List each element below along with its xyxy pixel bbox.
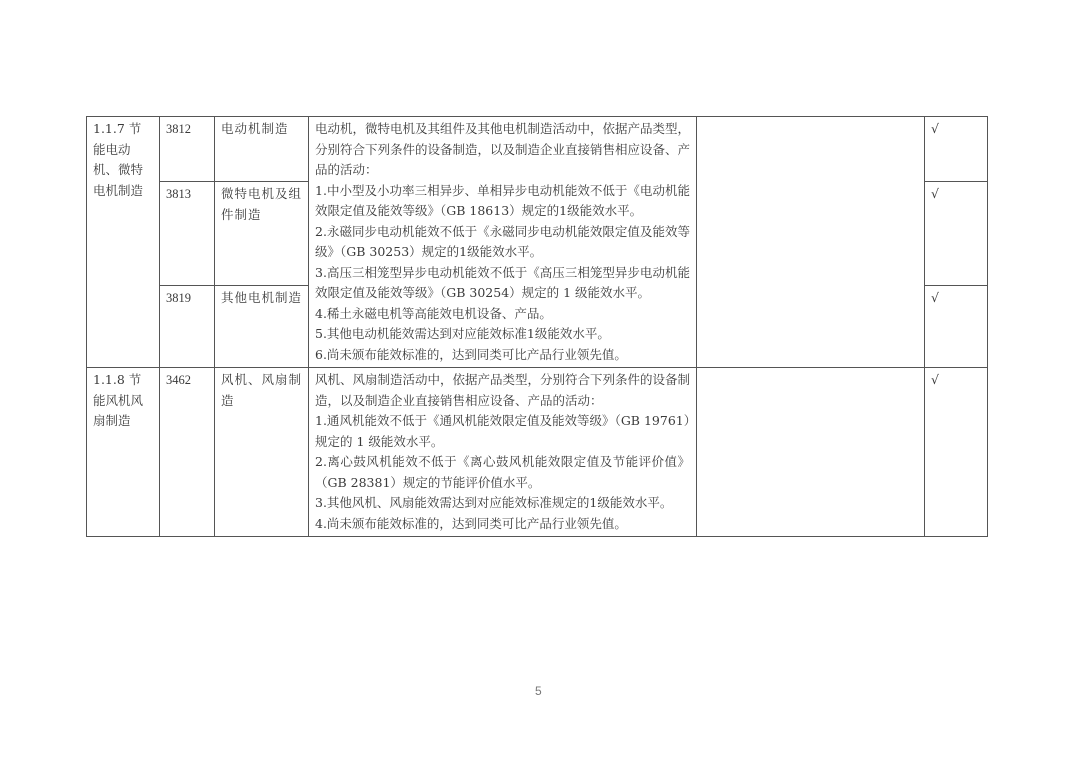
description-line: 1.中小型及小功率三相异步、单相异步电动机能效不低于《电动机能效限定值及能效等级… (315, 181, 690, 222)
code-cell: 3813 (160, 182, 215, 285)
check-mark-icon: √ (925, 368, 988, 537)
catalog-table: 1.1.7 节能电动机、微特电机制造 3812 电动机制造 电动机，微特电机及其… (86, 116, 988, 537)
page-number: 5 (535, 684, 542, 698)
notes-cell (697, 117, 925, 368)
description-line: 5.其他电动机能效需达到对应能效标准1级能效水平。 (315, 324, 690, 345)
description-line: 4.尚未颁布能效标准的，达到同类可比产品行业领先值。 (315, 514, 690, 535)
code-cell: 3819 (160, 285, 215, 367)
category-cell: 1.1.8 节能风机风扇制造 (87, 368, 160, 537)
category-cell: 1.1.7 节能电动机、微特电机制造 (87, 117, 160, 368)
check-mark-icon: √ (925, 182, 988, 285)
industry-cell: 风机、风扇制造 (215, 368, 309, 537)
description-line: 风机、风扇制造活动中，依据产品类型，分别符合下列条件的设备制造，以及制造企业直接… (315, 370, 690, 411)
description-line: 3.其他风机、风扇能效需达到对应能效标准规定的1级能效水平。 (315, 493, 690, 514)
description-line: 2.离心鼓风机能效不低于《离心鼓风机能效限定值及节能评价值》（GB 28381）… (315, 452, 690, 493)
check-mark-icon: √ (925, 285, 988, 367)
check-mark-icon: √ (925, 117, 988, 182)
code-cell: 3462 (160, 368, 215, 537)
table-row: 1.1.7 节能电动机、微特电机制造 3812 电动机制造 电动机，微特电机及其… (87, 117, 988, 182)
table-row: 1.1.8 节能风机风扇制造 3462 风机、风扇制造 风机、风扇制造活动中，依… (87, 368, 988, 537)
industry-cell: 电动机制造 (215, 117, 309, 182)
description-line: 6.尚未颁布能效标准的，达到同类可比产品行业领先值。 (315, 345, 690, 366)
description-cell: 风机、风扇制造活动中，依据产品类型，分别符合下列条件的设备制造，以及制造企业直接… (309, 368, 697, 537)
description-cell: 电动机，微特电机及其组件及其他电机制造活动中，依据产品类型，分别符合下列条件的设… (309, 117, 697, 368)
description-line: 4.稀土永磁电机等高能效电机设备、产品。 (315, 304, 690, 325)
description-line: 2.永磁同步电动机能效不低于《永磁同步电动机能效限定值及能效等级》（GB 302… (315, 222, 690, 263)
code-cell: 3812 (160, 117, 215, 182)
notes-cell (697, 368, 925, 537)
industry-cell: 微特电机及组件制造 (215, 182, 309, 285)
description-line: 1.通风机能效不低于《通风机能效限定值及能效等级》（GB 19761）规定的 1… (315, 411, 690, 452)
description-line: 电动机，微特电机及其组件及其他电机制造活动中，依据产品类型，分别符合下列条件的设… (315, 119, 690, 181)
description-line: 3.高压三相笼型异步电动机能效不低于《高压三相笼型异步电动机能效限定值及能效等级… (315, 263, 690, 304)
industry-cell: 其他电机制造 (215, 285, 309, 367)
